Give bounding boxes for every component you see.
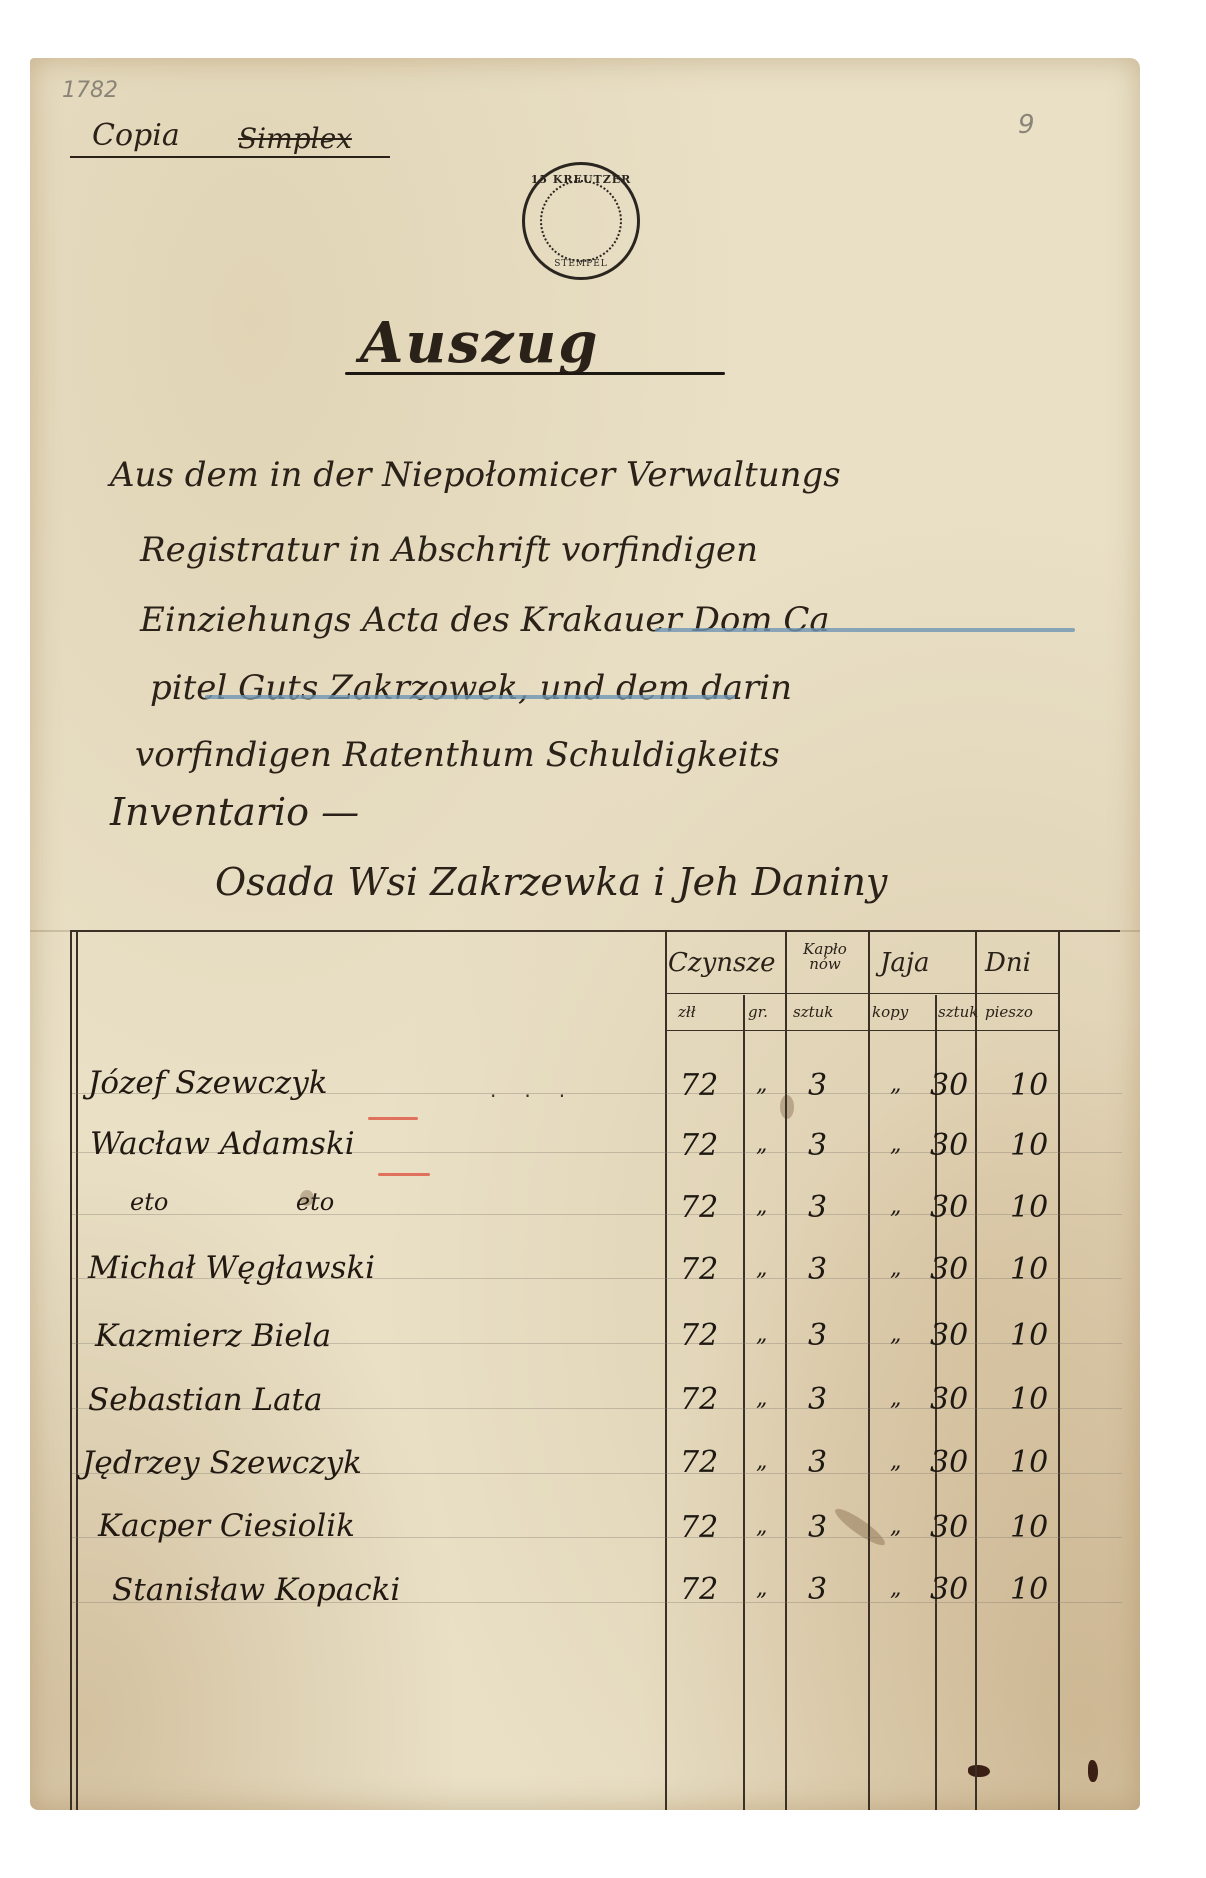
- cell-zl: 72: [680, 1068, 718, 1103]
- cell-jaja-sztuk: 30: [930, 1190, 968, 1225]
- table-row-name: Michał Węgławski: [88, 1250, 375, 1286]
- column-group-czynsze: Czynsze: [668, 948, 775, 978]
- cell-kopy: „: [890, 1386, 901, 1411]
- table-row-name: Kacper Ciesiolik: [98, 1508, 355, 1544]
- cell-kaplony: 3: [808, 1572, 827, 1607]
- table-row-name: Kazmierz Biela: [95, 1318, 331, 1354]
- body-line: Aus dem in der Niepołomicer Verwaltungs: [110, 455, 841, 495]
- column-rule: [743, 995, 745, 1810]
- table-left-rule: [76, 930, 78, 1810]
- leader-dots: ...: [490, 1078, 593, 1102]
- red-underline: [368, 1117, 418, 1120]
- cell-kaplony: 3: [808, 1252, 827, 1287]
- subheader-gr: gr.: [748, 1003, 768, 1021]
- cell-dni: 10: [1010, 1068, 1048, 1103]
- ink-blot: [1088, 1760, 1098, 1782]
- table-row-name: Józef Szewczyk: [88, 1065, 328, 1101]
- column-rule: [975, 930, 977, 1810]
- stamp-ring: [540, 180, 622, 262]
- cell-kaplony: 3: [808, 1190, 827, 1225]
- cell-dni: 10: [1010, 1382, 1048, 1417]
- header-rule: [665, 1030, 1060, 1031]
- cell-kaplony: 3: [808, 1068, 827, 1103]
- subheader-pieszo: pieszo: [985, 1003, 1033, 1021]
- ink-blot: [968, 1765, 990, 1777]
- cell-zl: 72: [680, 1252, 718, 1287]
- cell-jaja-sztuk: 30: [930, 1252, 968, 1287]
- subheader-zl: złł: [678, 1003, 696, 1021]
- cell-gr: „: [756, 1322, 767, 1347]
- column-rule: [868, 930, 870, 1810]
- blue-underline: [205, 695, 735, 699]
- cell-gr: „: [756, 1386, 767, 1411]
- body-line: pitel Guts Zakrzowek, und dem darin: [150, 668, 792, 708]
- stamp-text: 15 KREUTZER: [525, 173, 637, 186]
- cell-dni: 10: [1010, 1510, 1048, 1545]
- cell-kopy: „: [890, 1072, 901, 1097]
- cell-kopy: „: [890, 1132, 901, 1157]
- table-row-name: eto eto: [130, 1188, 334, 1216]
- cell-kaplony: 3: [808, 1510, 827, 1545]
- table-row-name: Stanisław Kopacki: [112, 1572, 400, 1608]
- cell-gr: „: [756, 1576, 767, 1601]
- subheader-kaplony-sztuk: sztuk: [793, 1003, 833, 1021]
- table-row-name: Jędrzey Szewczyk: [82, 1445, 362, 1481]
- cell-kaplony: 3: [808, 1382, 827, 1417]
- copy-label-flourish: [70, 156, 390, 158]
- cell-zl: 72: [680, 1190, 718, 1225]
- cell-kaplony: 3: [808, 1318, 827, 1353]
- subheader-kopy: kopy: [872, 1003, 908, 1021]
- page-title: Auszug: [360, 310, 599, 376]
- cell-dni: 10: [1010, 1318, 1048, 1353]
- cell-zl: 72: [680, 1445, 718, 1480]
- cell-kaplony: 3: [808, 1445, 827, 1480]
- cell-jaja-sztuk: 30: [930, 1318, 968, 1353]
- body-line: Einziehungs Acta des Krakauer Dom Ca: [140, 600, 830, 640]
- cell-dni: 10: [1010, 1252, 1048, 1287]
- cell-kopy: „: [890, 1449, 901, 1474]
- copy-label: Copia: [92, 118, 180, 153]
- table-row-name: Sebastian Lata: [88, 1382, 323, 1418]
- cell-dni: 10: [1010, 1190, 1048, 1225]
- cell-dni: 10: [1010, 1128, 1048, 1163]
- cell-kopy: „: [890, 1256, 901, 1281]
- cell-jaja-sztuk: 30: [930, 1382, 968, 1417]
- body-line: Registratur in Abschrift vorfindigen: [140, 530, 758, 570]
- column-group-dni: Dni: [985, 948, 1031, 978]
- column-rule: [785, 930, 787, 1810]
- column-group-kaplonow: Kapło nów: [790, 942, 860, 972]
- cell-dni: 10: [1010, 1445, 1048, 1480]
- cell-dni: 10: [1010, 1572, 1048, 1607]
- cell-gr: „: [756, 1132, 767, 1157]
- header-rule: [665, 993, 1060, 994]
- cell-kaplony: 3: [808, 1128, 827, 1163]
- red-underline: [378, 1173, 430, 1176]
- cell-kopy: „: [890, 1194, 901, 1219]
- cell-gr: „: [756, 1514, 767, 1539]
- column-rule: [1058, 930, 1060, 1810]
- cell-zl: 72: [680, 1572, 718, 1607]
- cell-gr: „: [756, 1449, 767, 1474]
- copy-label-struck: Simplex: [238, 122, 352, 155]
- cell-gr: „: [756, 1256, 767, 1281]
- cell-kopy: „: [890, 1576, 901, 1601]
- tax-stamp: 15 KREUTZER STEMPEL: [522, 162, 640, 280]
- stain: [780, 1095, 794, 1119]
- cell-jaja-sztuk: 30: [930, 1128, 968, 1163]
- cell-jaja-sztuk: 30: [930, 1068, 968, 1103]
- cell-zl: 72: [680, 1382, 718, 1417]
- stamp-bottom-text: STEMPEL: [525, 259, 637, 269]
- subheader-jaja-sztuk: sztuk: [938, 1003, 978, 1021]
- body-line: vorfindigen Ratenthum Schuldigkeits: [135, 735, 780, 775]
- cell-zl: 72: [680, 1510, 718, 1545]
- table-top-rule: [70, 930, 1120, 932]
- page-number: 9: [1018, 110, 1035, 140]
- archive-year-note: 1782: [62, 78, 118, 103]
- cell-zl: 72: [680, 1128, 718, 1163]
- cell-zl: 72: [680, 1318, 718, 1353]
- blue-underline: [655, 628, 1075, 632]
- cell-kopy: „: [890, 1514, 901, 1539]
- body-line: Inventario —: [110, 790, 359, 834]
- cell-gr: „: [756, 1072, 767, 1097]
- title-flourish: [345, 372, 725, 375]
- section-heading: Osada Wsi Zakrzewka i Jeh Daniny: [215, 860, 887, 904]
- cell-jaja-sztuk: 30: [930, 1445, 968, 1480]
- table-left-rule: [70, 930, 72, 1810]
- column-group-jaja: Jaja: [880, 948, 930, 978]
- cell-kopy: „: [890, 1322, 901, 1347]
- column-rule: [665, 930, 667, 1810]
- cell-jaja-sztuk: 30: [930, 1510, 968, 1545]
- table-row-name: Wacław Adamski: [90, 1126, 355, 1162]
- cell-jaja-sztuk: 30: [930, 1572, 968, 1607]
- cell-gr: „: [756, 1194, 767, 1219]
